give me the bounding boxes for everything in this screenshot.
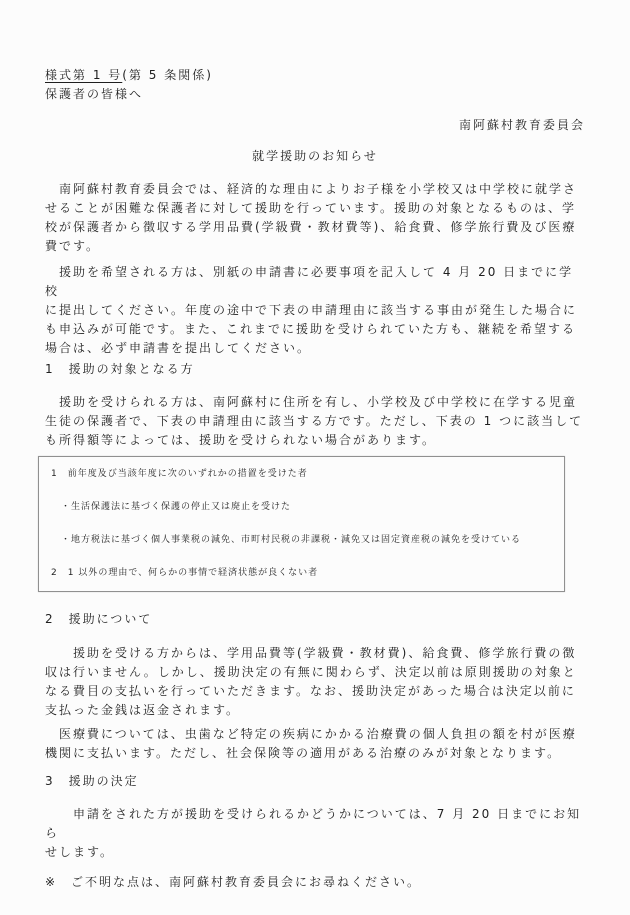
section-1-heading: 1 援助の対象となる方 — [45, 360, 585, 379]
intro-paragraph-1: 南阿蘇村教育委員会では、経済的な理由によりお子様を小学校又は中学校に就学さ せる… — [45, 180, 585, 256]
footnote: ※ ご不明な点は、南阿蘇村教育委員会にお尋ねください。 — [45, 873, 585, 892]
intro-paragraph-2: 援助を希望される方は、別紙の申請書に必要事項を記入して 4 月 20 日までに学… — [45, 263, 585, 358]
criteria-row-1: 1 前年度及び当該年度に次のいずれかの措置を受けた者 — [51, 465, 552, 484]
criteria-table: 1 前年度及び当該年度に次のいずれかの措置を受けた者 ・生活保護法に基づく保護の… — [38, 456, 565, 592]
section-2-body-2: 医療費については、虫歯など特定の疾病にかかる治療費の個人負担の額を村が医療 機関… — [45, 725, 585, 763]
document-page: 様式第 1 号(第 5 条関係) 保護者の皆様へ 南阿蘇村教育委員会 就学援助の… — [0, 0, 630, 915]
organization-name: 南阿蘇村教育委員会 — [45, 116, 585, 135]
section-1-body: 援助を受けられる方は、南阿蘇村に住所を有し、小学校及び中学校に在学する児童 生徒… — [45, 393, 585, 450]
form-number: 様式第 1 号(第 5 条関係) — [45, 66, 585, 85]
criteria-row-3: ・地方税法に基づく個人事業税の減免、市町村民税の非課税・減免又は固定資産税の減免… — [51, 531, 552, 550]
document-title: 就学援助のお知らせ — [45, 147, 585, 166]
criteria-row-4: 2 1 以外の理由で、何らかの事情で経済状態が良くない者 — [51, 564, 552, 583]
section-3-heading: 3 援助の決定 — [45, 772, 585, 791]
form-number-clause: (第 5 条関係) — [122, 68, 213, 82]
section-2-heading: 2 援助について — [45, 610, 585, 629]
form-number-label: 様式第 1 号 — [45, 68, 122, 82]
section-3-body: 申請をされた方が援助を受けられるかどうかについては、7 月 20 日までにお知ら… — [45, 805, 585, 862]
criteria-row-2: ・生活保護法に基づく保護の停止又は廃止を受けた — [51, 498, 552, 517]
section-2-body-1: 援助を受ける方からは、学用品費等(学級費・教材費)、給食費、修学旅行費の徴 収は… — [45, 644, 585, 720]
addressee: 保護者の皆様へ — [45, 85, 585, 104]
